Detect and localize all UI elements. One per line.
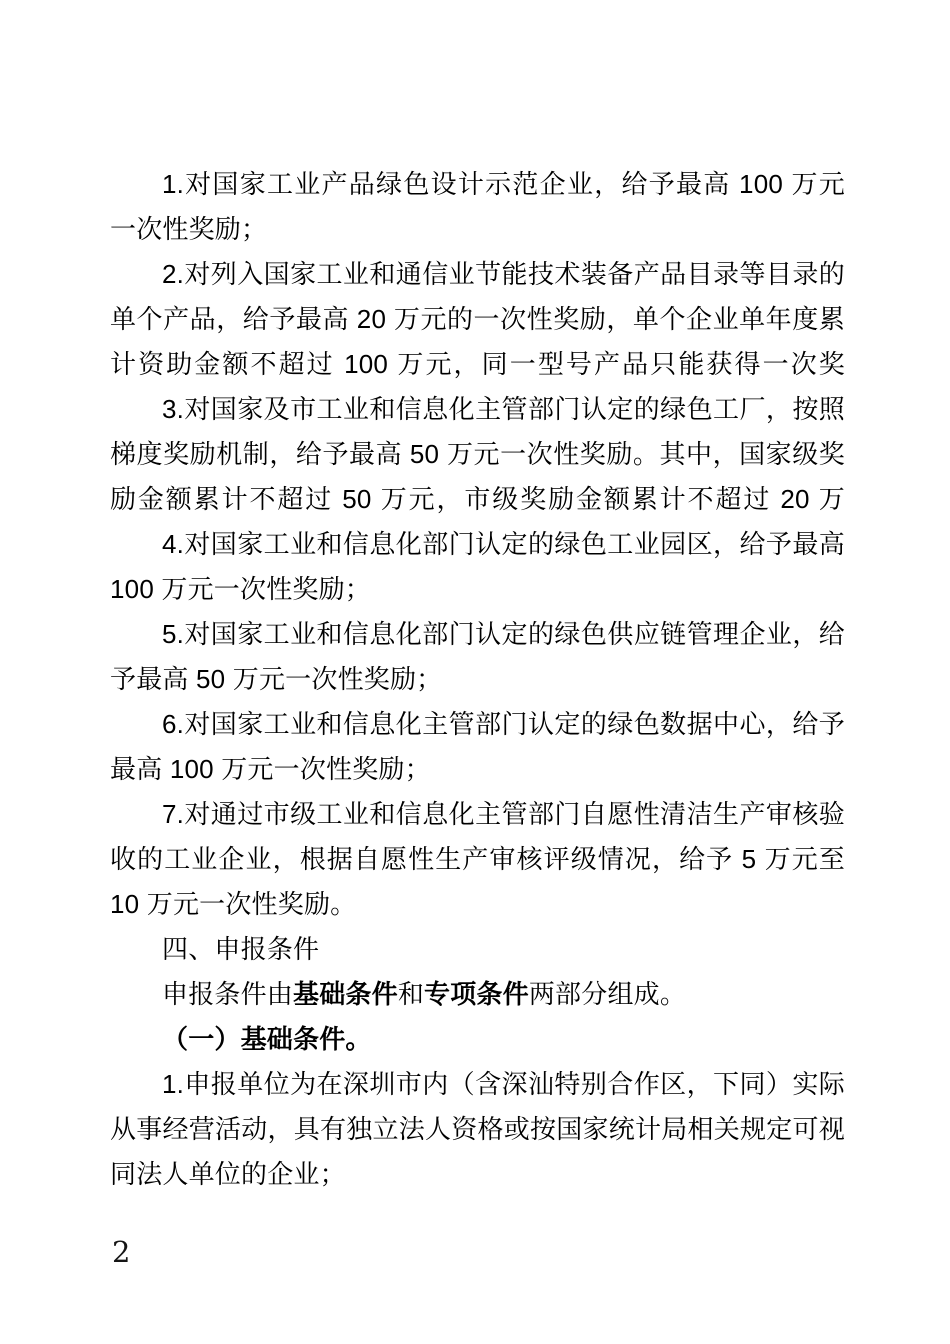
text-segment: 最高 100 万元一次性奖励； [110, 754, 431, 784]
text-line: 3.对国家及市工业和信息化主管部门认定的绿色工厂，按照 [110, 387, 845, 432]
text-segment: 5.对国家工业和信息化部门认定的绿色供应链管理企业，给 [162, 619, 845, 649]
text-line: 10 万元一次性奖励。 [110, 882, 845, 927]
text-line: 2.对列入国家工业和通信业节能技术装备产品目录等目录的 [110, 252, 845, 297]
text-line: 7.对通过市级工业和信息化主管部门自愿性清洁生产审核验 [110, 792, 845, 837]
text-segment: 两部分组成。 [529, 979, 686, 1009]
text-line: 4.对国家工业和信息化部门认定的绿色工业园区，给予最高 [110, 522, 845, 567]
text-line: （一）基础条件。 [110, 1017, 845, 1062]
text-line: 计资助金额不超过 100 万元，同一型号产品只能获得一次奖励； [110, 342, 845, 387]
bold-text-segment: 专项条件 [424, 979, 529, 1009]
text-segment: 予最高 50 万元一次性奖励； [110, 664, 442, 694]
section-heading-4: 四、申报条件 [110, 927, 845, 972]
text-line: 1.对国家工业产品绿色设计示范企业，给予最高 100 万元的 [110, 162, 845, 207]
basic-condition-1: 1.申报单位为在深圳市内（含深汕特别合作区，下同）实际从事经营活动，具有独立法人… [110, 1062, 845, 1197]
text-segment: 四、申报条件 [162, 934, 319, 964]
text-segment: 计资助金额不超过 100 万元，同一型号产品只能获得一次奖励； [110, 349, 845, 387]
text-line: 100 万元一次性奖励； [110, 567, 845, 612]
text-segment: 同法人单位的企业； [110, 1159, 346, 1189]
text-line: 1.申报单位为在深圳市内（含深汕特别合作区，下同）实际 [110, 1062, 845, 1107]
text-segment: 和 [398, 979, 424, 1009]
page-number: 2 [112, 1236, 130, 1268]
text-segment: 梯度奖励机制，给予最高 50 万元一次性奖励。其中，国家级奖 [110, 439, 845, 469]
text-line: 6.对国家工业和信息化主管部门认定的绿色数据中心，给予 [110, 702, 845, 747]
text-segment: 1.对国家工业产品绿色设计示范企业，给予最高 100 万元的 [110, 169, 845, 207]
text-segment: 申报条件由 [162, 979, 293, 1009]
text-line: 单个产品，给予最高 20 万元的一次性奖励，单个企业单年度累 [110, 297, 845, 342]
reward-item-4: 4.对国家工业和信息化部门认定的绿色工业园区，给予最高100 万元一次性奖励； [110, 522, 845, 612]
text-line: 励金额累计不超过 50 万元，市级奖励金额累计不超过 20 万元； [110, 477, 845, 522]
text-segment: 6.对国家工业和信息化主管部门认定的绿色数据中心，给予 [162, 709, 845, 739]
text-segment: 4.对国家工业和信息化部门认定的绿色工业园区，给予最高 [162, 529, 845, 559]
text-line: 同法人单位的企业； [110, 1152, 845, 1197]
text-line: 最高 100 万元一次性奖励； [110, 747, 845, 792]
reward-item-7: 7.对通过市级工业和信息化主管部门自愿性清洁生产审核验收的工业企业，根据自愿性生… [110, 792, 845, 927]
text-line: 予最高 50 万元一次性奖励； [110, 657, 845, 702]
subsection-heading-basic-conditions: （一）基础条件。 [110, 1017, 845, 1062]
text-segment: 100 万元一次性奖励； [110, 574, 371, 604]
reward-item-2: 2.对列入国家工业和通信业节能技术装备产品目录等目录的单个产品，给予最高 20 … [110, 252, 845, 387]
text-segment: 从事经营活动，具有独立法人资格或按国家统计局相关规定可视 [110, 1114, 845, 1144]
text-line: 一次性奖励； [110, 207, 845, 252]
document-page: 1.对国家工业产品绿色设计示范企业，给予最高 100 万元的一次性奖励；2.对列… [0, 0, 950, 1344]
text-line: 从事经营活动，具有独立法人资格或按国家统计局相关规定可视 [110, 1107, 845, 1152]
document-body: 1.对国家工业产品绿色设计示范企业，给予最高 100 万元的一次性奖励；2.对列… [110, 162, 845, 1197]
text-line: 5.对国家工业和信息化部门认定的绿色供应链管理企业，给 [110, 612, 845, 657]
text-segment: 一次性奖励； [110, 214, 267, 244]
text-segment: 励金额累计不超过 50 万元，市级奖励金额累计不超过 20 万元； [110, 484, 845, 522]
text-segment: 1.申报单位为在深圳市内（含深汕特别合作区，下同）实际 [162, 1069, 845, 1099]
text-segment: 3.对国家及市工业和信息化主管部门认定的绿色工厂，按照 [162, 394, 845, 424]
bold-text-segment: （一）基础条件。 [162, 1024, 372, 1054]
text-segment: 2.对列入国家工业和通信业节能技术装备产品目录等目录的 [162, 259, 845, 289]
text-line: 申报条件由基础条件和专项条件两部分组成。 [110, 972, 845, 1017]
text-segment: 收的工业企业，根据自愿性生产审核评级情况，给予 5 万元至 [110, 844, 845, 874]
conditions-intro: 申报条件由基础条件和专项条件两部分组成。 [110, 972, 845, 1017]
text-line: 梯度奖励机制，给予最高 50 万元一次性奖励。其中，国家级奖 [110, 432, 845, 477]
text-line: 四、申报条件 [110, 927, 845, 972]
text-segment: 10 万元一次性奖励。 [110, 889, 356, 919]
text-line: 收的工业企业，根据自愿性生产审核评级情况，给予 5 万元至 [110, 837, 845, 882]
reward-item-6: 6.对国家工业和信息化主管部门认定的绿色数据中心，给予最高 100 万元一次性奖… [110, 702, 845, 792]
reward-item-1: 1.对国家工业产品绿色设计示范企业，给予最高 100 万元的一次性奖励； [110, 162, 845, 252]
text-segment: 7.对通过市级工业和信息化主管部门自愿性清洁生产审核验 [162, 799, 845, 829]
reward-item-5: 5.对国家工业和信息化部门认定的绿色供应链管理企业，给予最高 50 万元一次性奖… [110, 612, 845, 702]
text-segment: 单个产品，给予最高 20 万元的一次性奖励，单个企业单年度累 [110, 304, 845, 334]
reward-item-3: 3.对国家及市工业和信息化主管部门认定的绿色工厂，按照梯度奖励机制，给予最高 5… [110, 387, 845, 522]
bold-text-segment: 基础条件 [293, 979, 398, 1009]
